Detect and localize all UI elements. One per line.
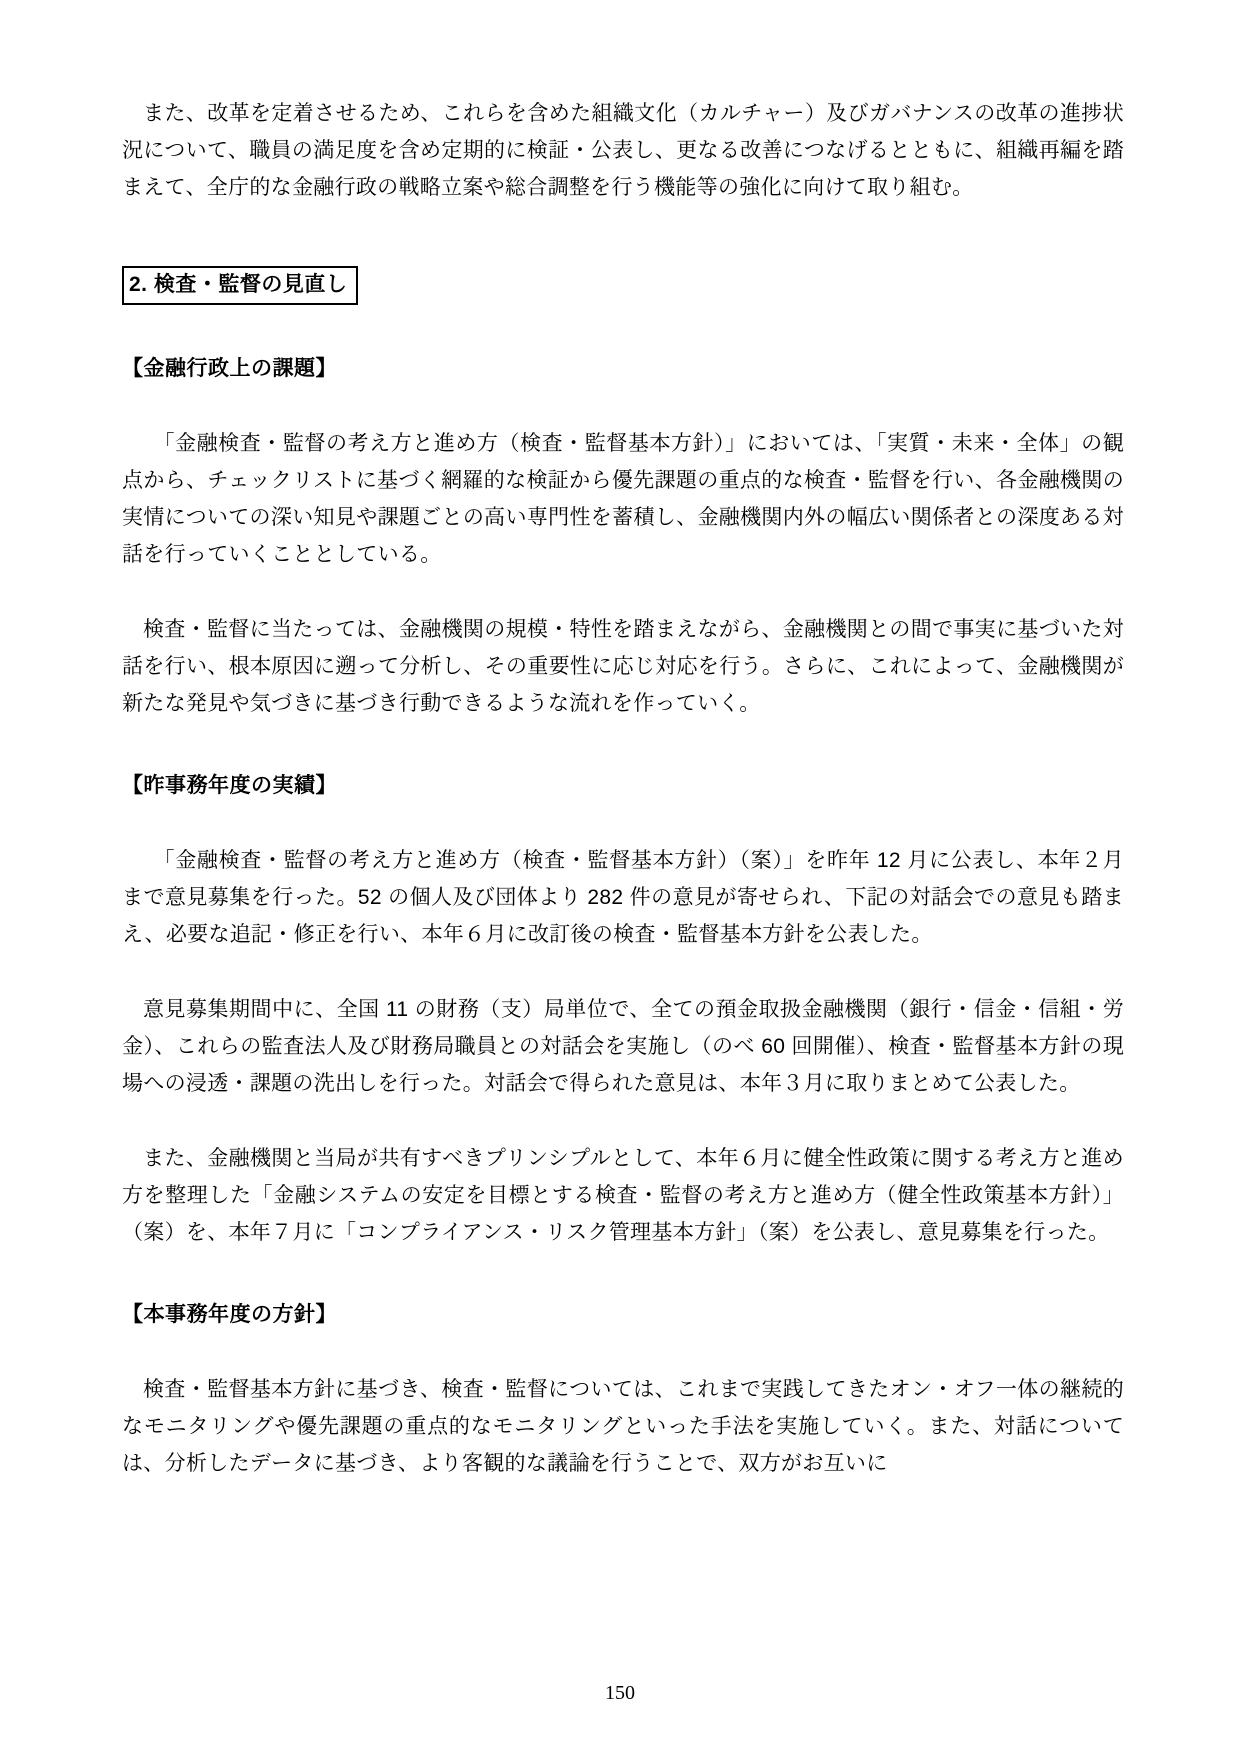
body-paragraph: また、金融機関と当局が共有すべきプリンシプルとして、本年６月に健全性政策に関する…: [122, 1140, 1124, 1251]
subsection-heading-issues: 【金融行政上の課題】: [122, 350, 1124, 387]
section-title-box: 2. 検査・監督の見直し: [122, 266, 358, 305]
document-page: また、改革を定着させるため、これらを含めた組織文化（カルチャー）及びガバナンスの…: [0, 0, 1240, 1755]
body-paragraph: 意見募集期間中に、全国 11 の財務（支）局単位で、全ての預金取扱金融機関（銀行…: [122, 991, 1124, 1102]
body-paragraph: 検査・監督基本方針に基づき、検査・監督については、これまで実践してきたオン・オフ…: [122, 1371, 1124, 1482]
subsection-heading-this-year-policy: 【本事務年度の方針】: [122, 1296, 1124, 1333]
subsection-heading-last-year-results: 【昨事務年度の実績】: [122, 767, 1124, 804]
section-heading-row: 2. 検査・監督の見直し: [122, 266, 1124, 305]
body-paragraph: 検査・監督に当たっては、金融機関の規模・特性を踏まえながら、金融機関との間で事実…: [122, 611, 1124, 722]
intro-paragraph: また、改革を定着させるため、これらを含めた組織文化（カルチャー）及びガバナンスの…: [122, 95, 1124, 206]
page-number: 150: [0, 1682, 1240, 1705]
body-paragraph: 「金融検査・監督の考え方と進め方（検査・監督基本方針）」においては、「実質・未来…: [122, 425, 1124, 573]
body-paragraph: 「金融検査・監督の考え方と進め方（検査・監督基本方針）（案）」を昨年 12 月に…: [122, 842, 1124, 953]
page-content: また、改革を定着させるため、これらを含めた組織文化（カルチャー）及びガバナンスの…: [0, 0, 1240, 1482]
